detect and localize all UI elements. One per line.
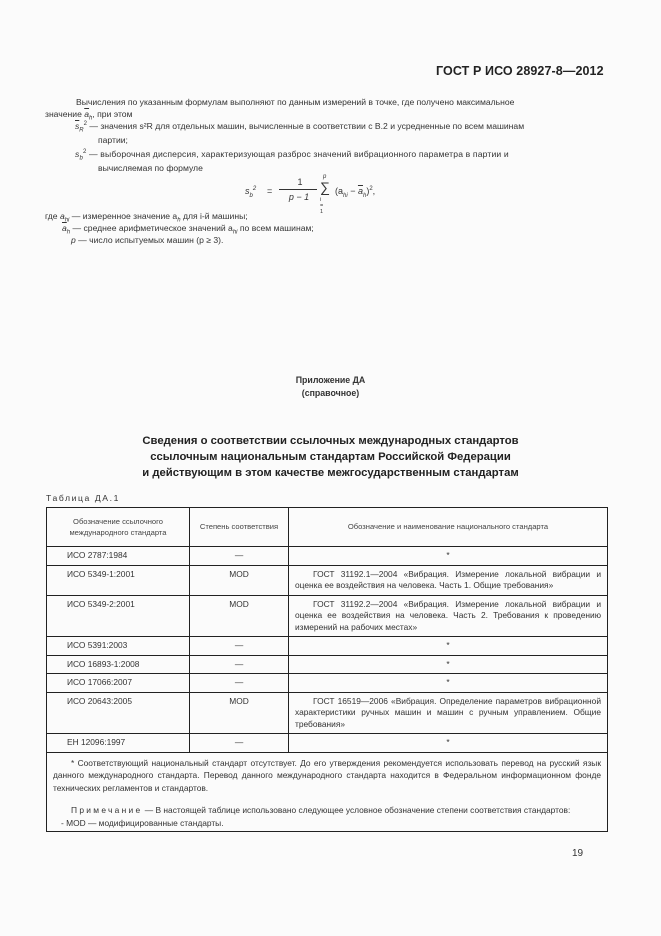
cell-national: * <box>289 674 608 693</box>
definition-sb2: sb2 — выборочная дисперсия, характеризую… <box>75 148 509 160</box>
correspondence-table: Обозначение ссылочного международного ст… <box>46 507 608 832</box>
cell-national: ГОСТ 31192.2—2004 «Вибрация. Измерение л… <box>289 595 608 637</box>
definition-text: — значения s²R для отдельных машин, вычи… <box>89 121 524 131</box>
cell-national: ГОСТ 31192.1—2004 «Вибрация. Измерение л… <box>289 565 608 595</box>
where-p: p — число испытуемых машин (p ≥ 3). <box>71 234 223 246</box>
fraction-bar <box>279 189 317 190</box>
appendix-label: Приложение ДА <box>0 374 661 386</box>
intro-text: , при этом <box>92 109 132 119</box>
header-ref: Обозначение ссылочного международного ст… <box>47 508 190 547</box>
cell-degree: MOD <box>190 595 289 637</box>
cell-degree: — <box>190 547 289 566</box>
formula-lhs: sb2 <box>245 186 256 196</box>
cell-ref: ЕН 12096:1997 <box>47 734 190 753</box>
title-line: ссылочным национальным стандартам Россий… <box>0 449 661 465</box>
title-line: Сведения о соответствии ссылочных междун… <box>0 433 661 449</box>
cell-ref: ИСО 16893-1:2008 <box>47 655 190 674</box>
appendix-kind: (справочное) <box>0 387 661 399</box>
footnote-star: * Соответствующий национальный стандарт … <box>53 757 601 795</box>
definition-sR2: sR2 — значения s²R для отдельных машин, … <box>75 120 524 132</box>
table-row: ИСО 5391:2003 — * <box>47 637 608 656</box>
note-text: — В настоящей таблице использовано следу… <box>142 805 570 815</box>
header-national: Обозначение и наименование национального… <box>289 508 608 547</box>
intro-line-2: значение ah, при этом <box>45 108 133 120</box>
cell-ref: ИСО 17066:2007 <box>47 674 190 693</box>
cell-ref: ИСО 5391:2003 <box>47 637 190 656</box>
definition-sR2-cont: партии; <box>98 134 128 146</box>
cell-degree: — <box>190 734 289 753</box>
table-row: ИСО 2787:1984 — * <box>47 547 608 566</box>
cell-ref: ИСО 5349-1:2001 <box>47 565 190 595</box>
table-header-row: Обозначение ссылочного международного ст… <box>47 508 608 547</box>
sum-sign: ∑ <box>320 179 330 195</box>
table-footer-row: * Соответствующий национальный стандарт … <box>47 752 608 832</box>
table-note: Примечание — В настоящей таблице использ… <box>53 804 601 817</box>
formula-equals: = <box>267 186 272 196</box>
intro-text: значение <box>45 109 84 119</box>
table-row: ИСО 5349-2:2001 MOD ГОСТ 31192.2—2004 «В… <box>47 595 608 637</box>
cell-national: * <box>289 637 608 656</box>
cell-ref: ИСО 5349-2:2001 <box>47 595 190 637</box>
table-caption: Таблица ДА.1 <box>46 492 120 504</box>
sum-lower-limit: i = 1 <box>320 197 323 215</box>
formula-body: (ahi − ah)2, <box>335 186 375 196</box>
table-row: ИСО 5349-1:2001 MOD ГОСТ 31192.1—2004 «В… <box>47 565 608 595</box>
title-line: и действующим в этом качестве межгосудар… <box>0 465 661 481</box>
cell-ref: ИСО 2787:1984 <box>47 547 190 566</box>
definition-text: — выборочная дисперсия, характеризующая … <box>89 149 509 159</box>
note-label: Примечание <box>71 805 142 815</box>
intro-line-1: Вычисления по указанным формулам выполня… <box>76 96 514 108</box>
cell-national: * <box>289 655 608 674</box>
cell-degree: — <box>190 637 289 656</box>
formula-denominator: p − 1 <box>280 192 318 202</box>
table-row: ИСО 20643:2005 MOD ГОСТ 16519—2006 «Вибр… <box>47 692 608 734</box>
superscript: 2 <box>83 149 87 155</box>
table-row: ИСО 17066:2007 — * <box>47 674 608 693</box>
subscript: b <box>79 156 83 162</box>
cell-degree: — <box>190 674 289 693</box>
note-item-mod: - MOD — модифицированные стандарты. <box>53 817 601 830</box>
table-footnotes: * Соответствующий национальный стандарт … <box>47 752 608 832</box>
table-row: ИСО 16893-1:2008 — * <box>47 655 608 674</box>
formula-numerator: 1 <box>285 177 315 187</box>
cell-ref: ИСО 20643:2005 <box>47 692 190 734</box>
cell-national: * <box>289 547 608 566</box>
definition-sb2-cont: вычисляемая по формуле <box>98 162 203 174</box>
superscript: 2 <box>84 121 87 127</box>
cell-degree: MOD <box>190 565 289 595</box>
subscript: R <box>79 128 83 134</box>
appendix-title: Сведения о соответствии ссылочных междун… <box>0 433 661 481</box>
cell-national: ГОСТ 16519—2006 «Вибрация. Определение п… <box>289 692 608 734</box>
page-number: 19 <box>572 848 583 859</box>
cell-degree: — <box>190 655 289 674</box>
where-ah-mean: ah — среднее арифметическое значений ahi… <box>62 222 314 234</box>
cell-national: * <box>289 734 608 753</box>
where-ahi: где ahi — измеренное значение ah для i-й… <box>45 210 248 222</box>
header-degree: Степень соответствия <box>190 508 289 547</box>
document-header-id: ГОСТ Р ИСО 28927-8—2012 <box>436 64 604 78</box>
cell-degree: MOD <box>190 692 289 734</box>
table-row: ЕН 12096:1997 — * <box>47 734 608 753</box>
